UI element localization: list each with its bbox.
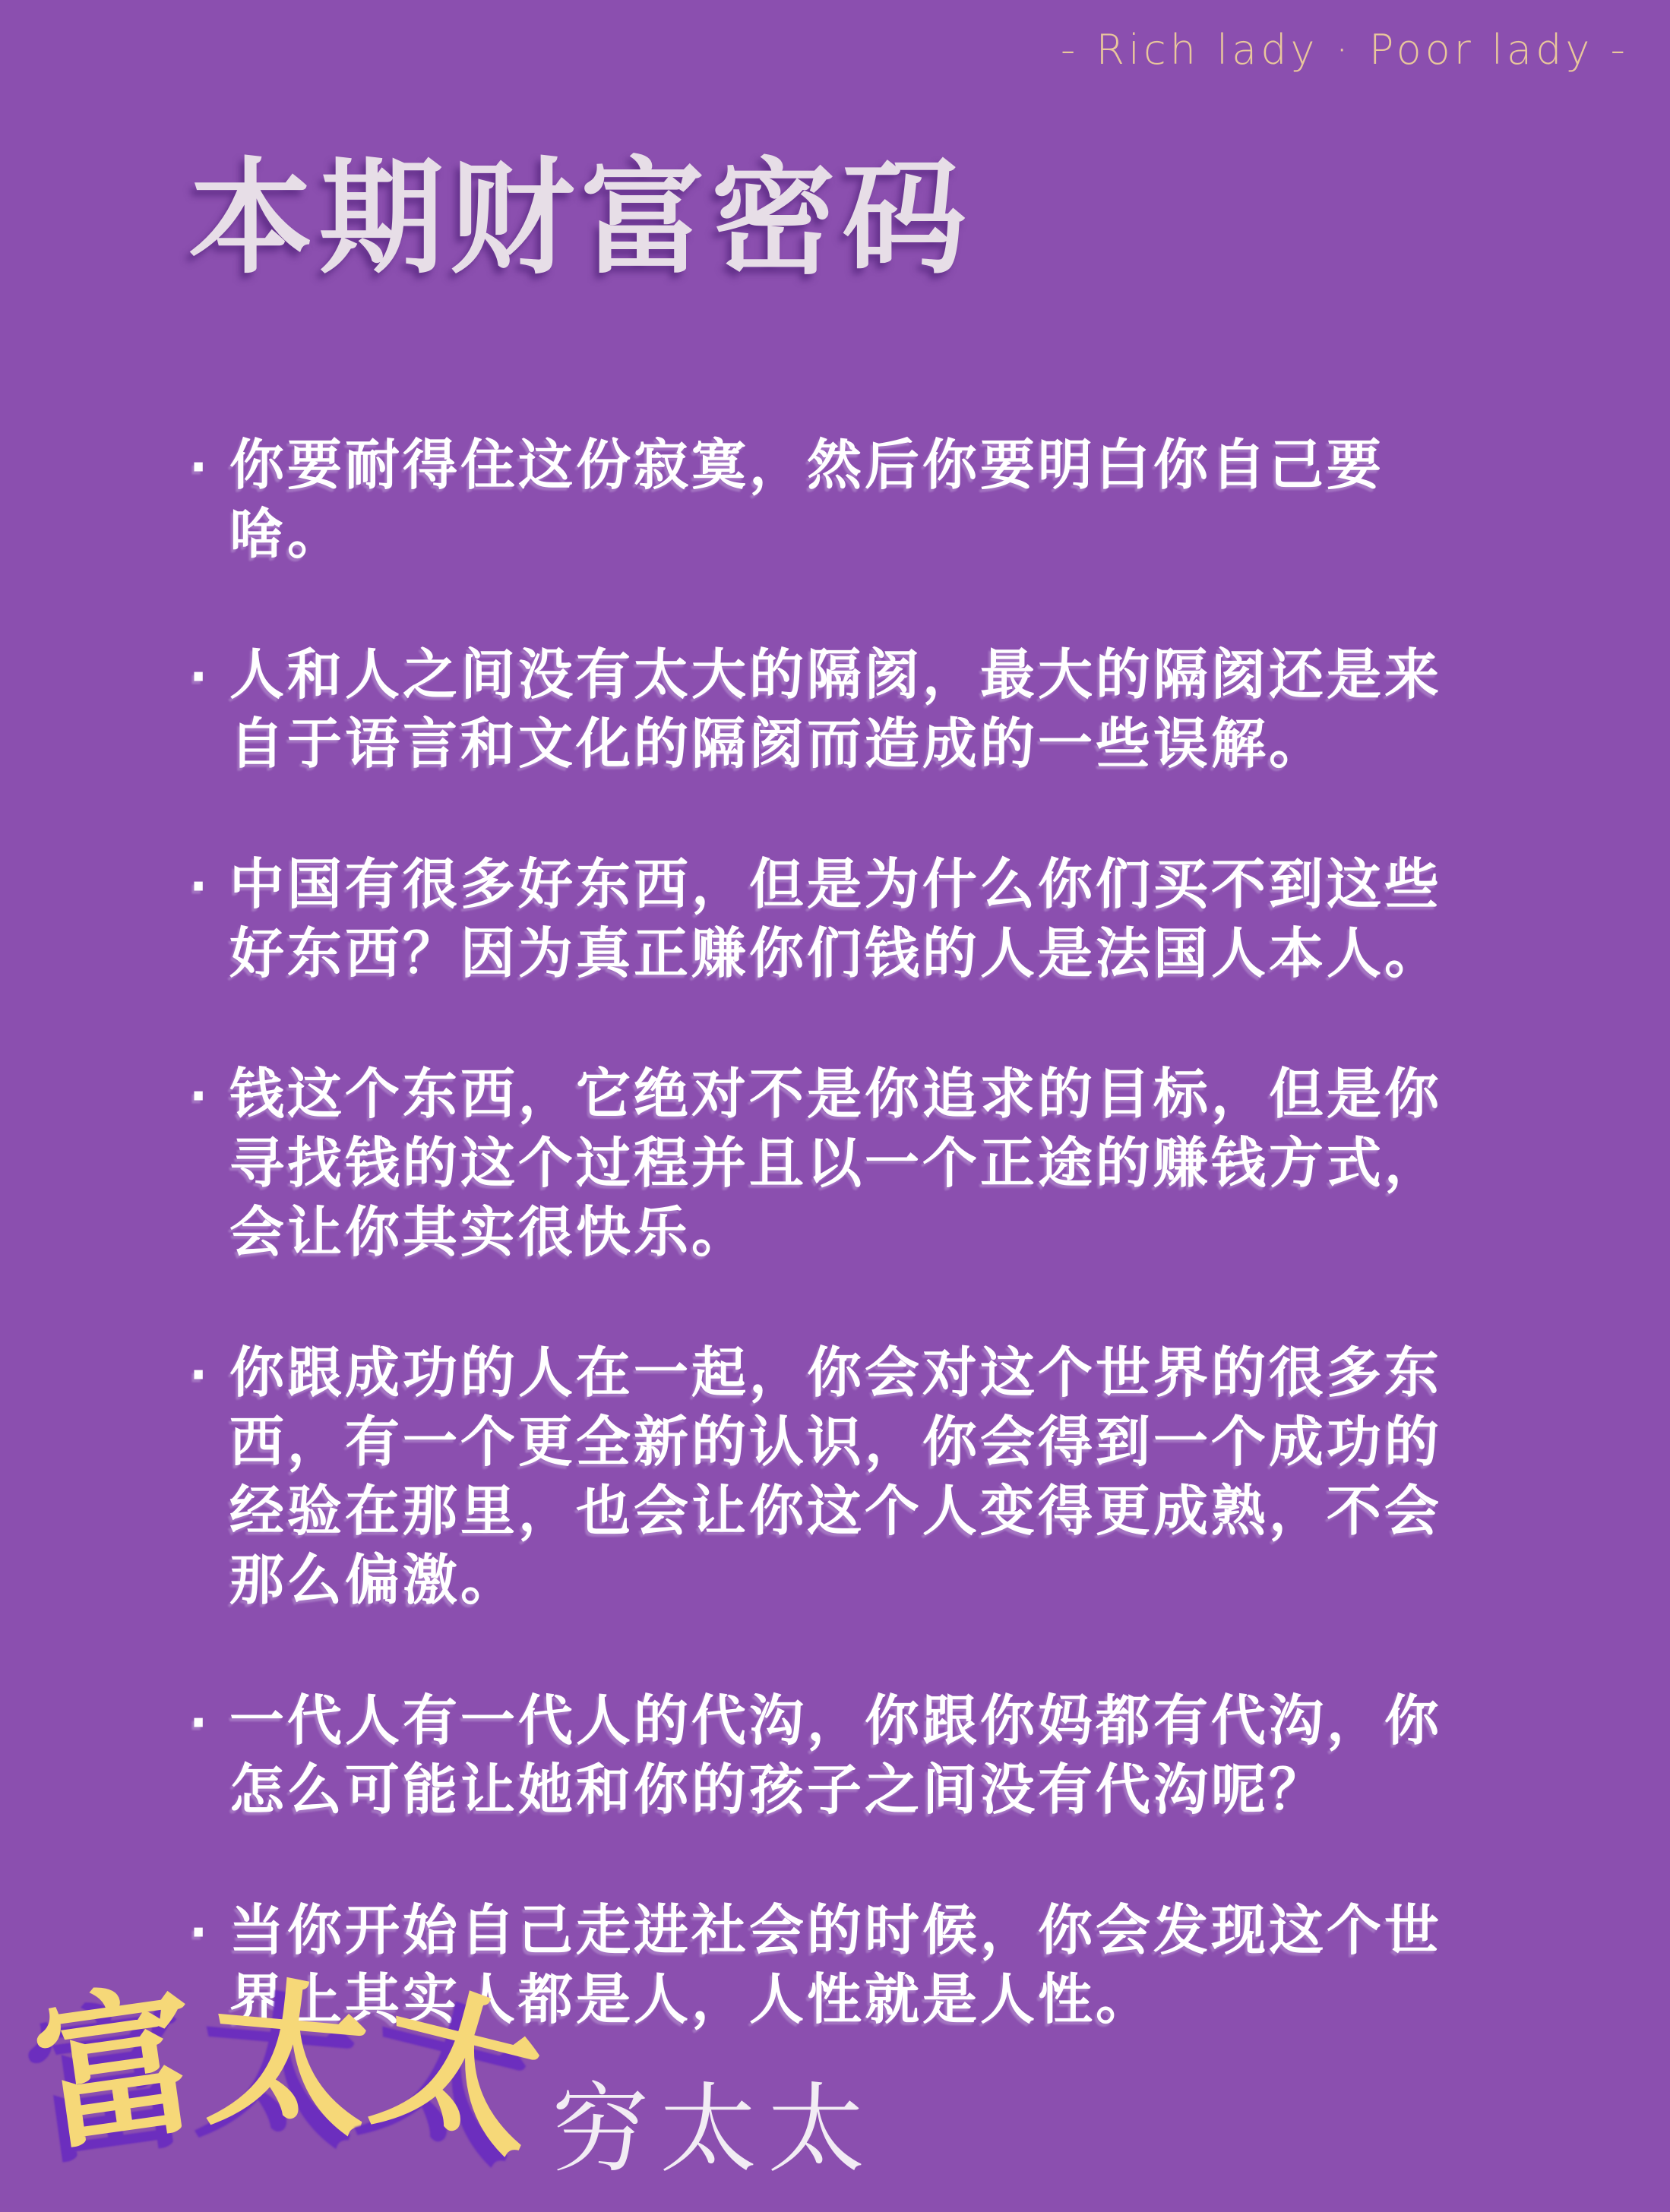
- quote-item: · 你要耐得住这份寂寞，然后你要明白你自己要啥。: [190, 431, 1466, 570]
- rich-lady-logo: 富太太: [36, 1969, 552, 2166]
- bullet-dot-icon: ·: [190, 431, 229, 501]
- quote-item: · 人和人之间没有太大的隔阂，最大的隔阂还是来自于语言和文化的隔阂而造成的一些误…: [190, 641, 1466, 779]
- poor-lady-label: 穷太太: [552, 2069, 875, 2191]
- quote-item: · 你跟成功的人在一起，你会对这个世界的很多东西，有一个更全新的认识，你会得到一…: [190, 1339, 1466, 1616]
- quote-list: · 你要耐得住这份寂寞，然后你要明白你自己要啥。 · 人和人之间没有太大的隔阂，…: [190, 431, 1466, 2106]
- series-tagline: - Rich lady · Poor lady -: [1061, 26, 1629, 74]
- quote-item: · 一代人有一代人的代沟，你跟你妈都有代沟，你怎么可能让她和你的孩子之间没有代沟…: [190, 1687, 1466, 1825]
- quote-item: · 钱这个东西，它绝对不是你追求的目标，但是你寻找钱的这个过程并且以一个正途的赚…: [190, 1060, 1466, 1268]
- quote-text: 人和人之间没有太大的隔阂，最大的隔阂还是来自于语言和文化的隔阂而造成的一些误解。: [229, 645, 1442, 775]
- bullet-dot-icon: ·: [190, 1339, 229, 1408]
- quote-text: 中国有很多好东西，但是为什么你们买不到这些好东西？因为真正赚你们钱的人是法国人本…: [229, 855, 1442, 984]
- bullet-dot-icon: ·: [190, 641, 229, 710]
- wealth-quotes-poster: - Rich lady · Poor lady - 本期财富密码 · 你要耐得住…: [0, 0, 1670, 2212]
- bullet-dot-icon: ·: [190, 1687, 229, 1756]
- quote-text: 你跟成功的人在一起，你会对这个世界的很多东西，有一个更全新的认识，你会得到一个成…: [229, 1343, 1442, 1611]
- quote-item: · 中国有很多好东西，但是为什么你们买不到这些好东西？因为真正赚你们钱的人是法国…: [190, 851, 1466, 989]
- rich-logo-char: 富: [24, 1960, 221, 2179]
- quote-text: 一代人有一代人的代沟，你跟你妈都有代沟，你怎么可能让她和你的孩子之间没有代沟呢？: [229, 1691, 1442, 1821]
- quote-text: 钱这个东西，它绝对不是你追求的目标，但是你寻找钱的这个过程并且以一个正途的赚钱方…: [229, 1064, 1442, 1263]
- quote-text: 你要耐得住这份寂寞，然后你要明白你自己要啥。: [229, 435, 1384, 565]
- rich-logo-char: 太: [357, 1957, 571, 2190]
- bullet-dot-icon: ·: [190, 851, 229, 920]
- page-title: 本期财富密码: [188, 146, 973, 292]
- bullet-dot-icon: ·: [190, 1060, 229, 1130]
